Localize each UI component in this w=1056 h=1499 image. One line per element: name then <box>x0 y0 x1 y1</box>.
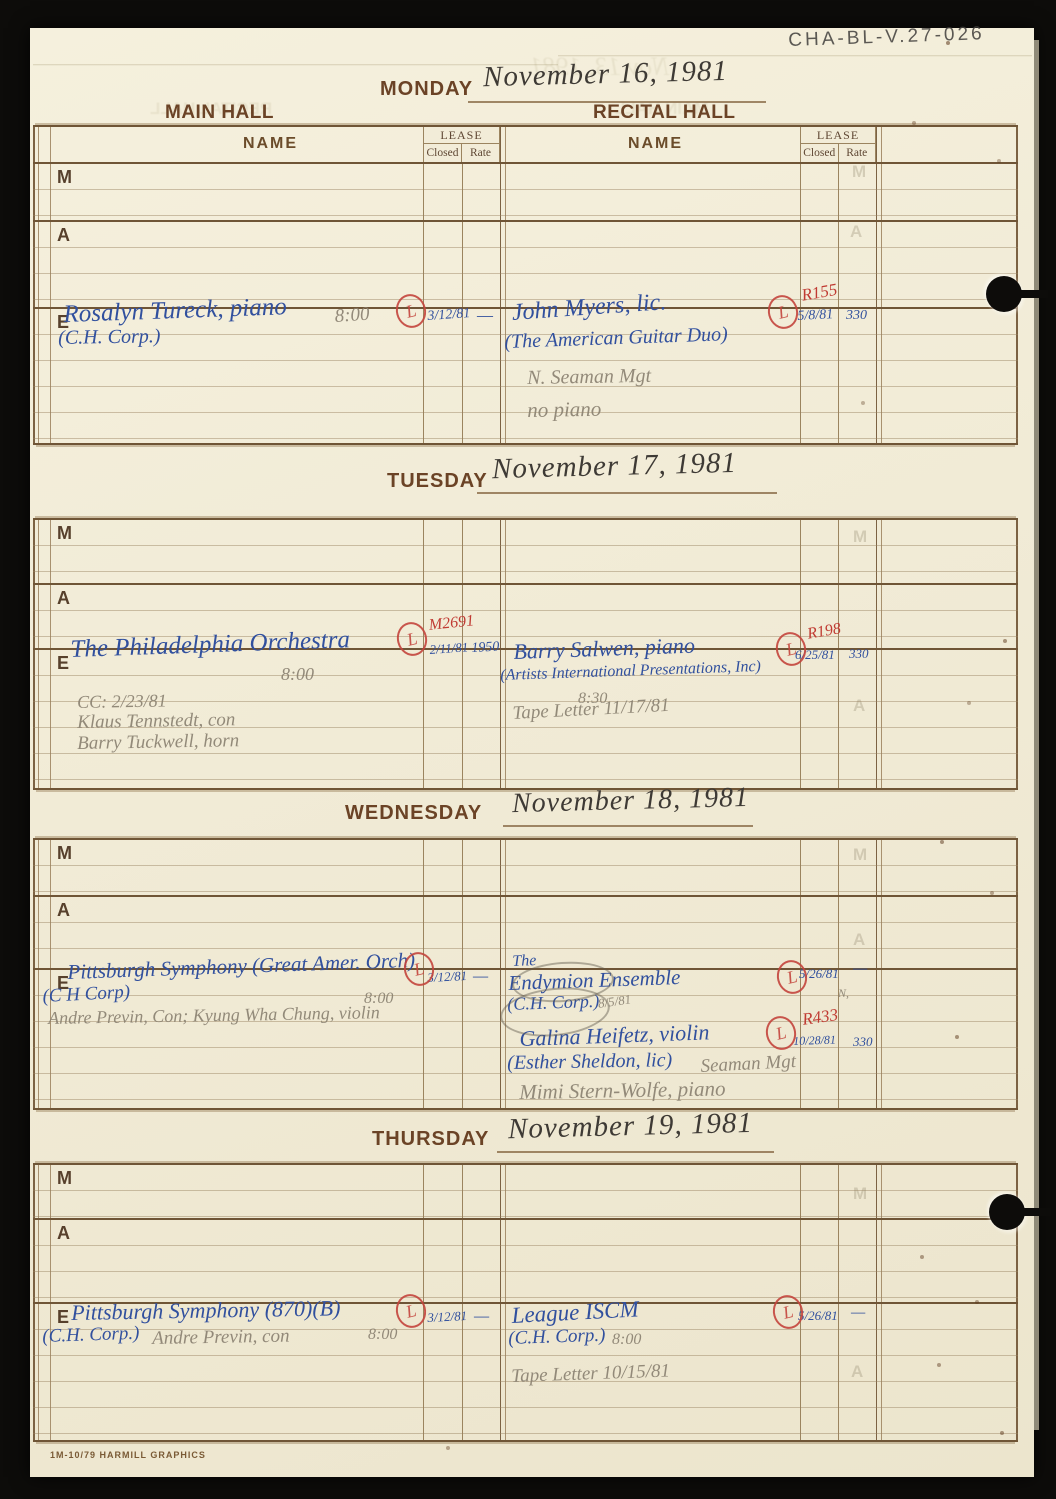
morning-row: M <box>33 520 1018 585</box>
main-hall-label: MAIN HALL <box>165 102 274 124</box>
row-label-m: M <box>57 1168 72 1189</box>
morning-row: M <box>33 1165 1018 1220</box>
punch-hole <box>986 276 1022 312</box>
day-title-monday: MONDAY <box>380 78 473 101</box>
rate-label: Rate <box>839 144 876 162</box>
recital-hall-label: RECITAL HALL <box>593 102 736 124</box>
date-underline <box>477 492 777 494</box>
afternoon-row: A <box>33 585 1018 650</box>
rate-label: Rate <box>462 144 499 162</box>
row-label-a: A <box>57 225 70 246</box>
day-date-tuesday: November 17, 1981 <box>492 447 738 486</box>
day-date-wednesday: November 18, 1981 <box>512 782 750 820</box>
day-title-tuesday: TUESDAY <box>387 470 488 493</box>
lease-header-main: LEASE Closed Rate <box>423 127 500 162</box>
day-title-wednesday: WEDNESDAY <box>345 802 482 825</box>
morning-row: M <box>33 164 1018 222</box>
ledger-grid-wednesday: M A E <box>33 838 1018 1110</box>
row-label-m: M <box>57 523 72 544</box>
row-label-a: A <box>57 900 70 921</box>
row-label-e: E <box>57 1307 69 1328</box>
day-date-thursday: November 19, 1981 <box>508 1107 754 1146</box>
closed-label: Closed <box>801 144 839 162</box>
evening-row: E <box>33 1304 1018 1442</box>
date-underline <box>503 825 753 827</box>
punch-hole <box>989 1194 1025 1230</box>
closed-label: Closed <box>424 144 462 162</box>
row-label-m: M <box>57 167 72 188</box>
afternoon-row: A <box>33 897 1018 970</box>
column-header-row: NAME NAME LEASE Closed Rate LEASE Closed… <box>33 127 1018 164</box>
printer-credit: 1M-10/79 HARMILL GRAPHICS <box>50 1450 206 1460</box>
lease-header-recital: LEASE Closed Rate <box>800 127 876 162</box>
afternoon-row: A <box>33 1220 1018 1304</box>
day-date-monday: November 16, 1981 <box>483 55 729 94</box>
row-label-m: M <box>57 843 72 864</box>
row-label-a: A <box>57 588 70 609</box>
scanned-ledger-page: MAMAMAMARECITAL HALLMAIN HALLNov 13, 198… <box>0 0 1056 1499</box>
evening-row: E <box>33 650 1018 790</box>
afternoon-row: A <box>33 222 1018 309</box>
row-label-e: E <box>57 312 69 333</box>
day-title-thursday: THURSDAY <box>372 1128 489 1151</box>
evening-row: E <box>33 970 1018 1110</box>
morning-row: M <box>33 840 1018 897</box>
dust-specks <box>0 0 2 2</box>
date-underline <box>497 1151 774 1153</box>
row-label-e: E <box>57 973 69 994</box>
row-label-a: A <box>57 1223 70 1244</box>
row-label-e: E <box>57 653 69 674</box>
lease-label: LEASE <box>801 127 875 144</box>
name-column-header-recital: NAME <box>578 135 733 153</box>
ledger-grid-monday: NAME NAME LEASE Closed Rate LEASE Closed… <box>33 125 1018 445</box>
evening-row: E <box>33 309 1018 445</box>
lease-label: LEASE <box>424 127 499 144</box>
page-edge-seam <box>33 64 558 66</box>
underlying-page-edge <box>1034 40 1039 1430</box>
ledger-grid-thursday: M A E <box>33 1163 1018 1442</box>
name-column-header-main: NAME <box>193 135 348 153</box>
ledger-grid-tuesday: M A E <box>33 518 1018 790</box>
